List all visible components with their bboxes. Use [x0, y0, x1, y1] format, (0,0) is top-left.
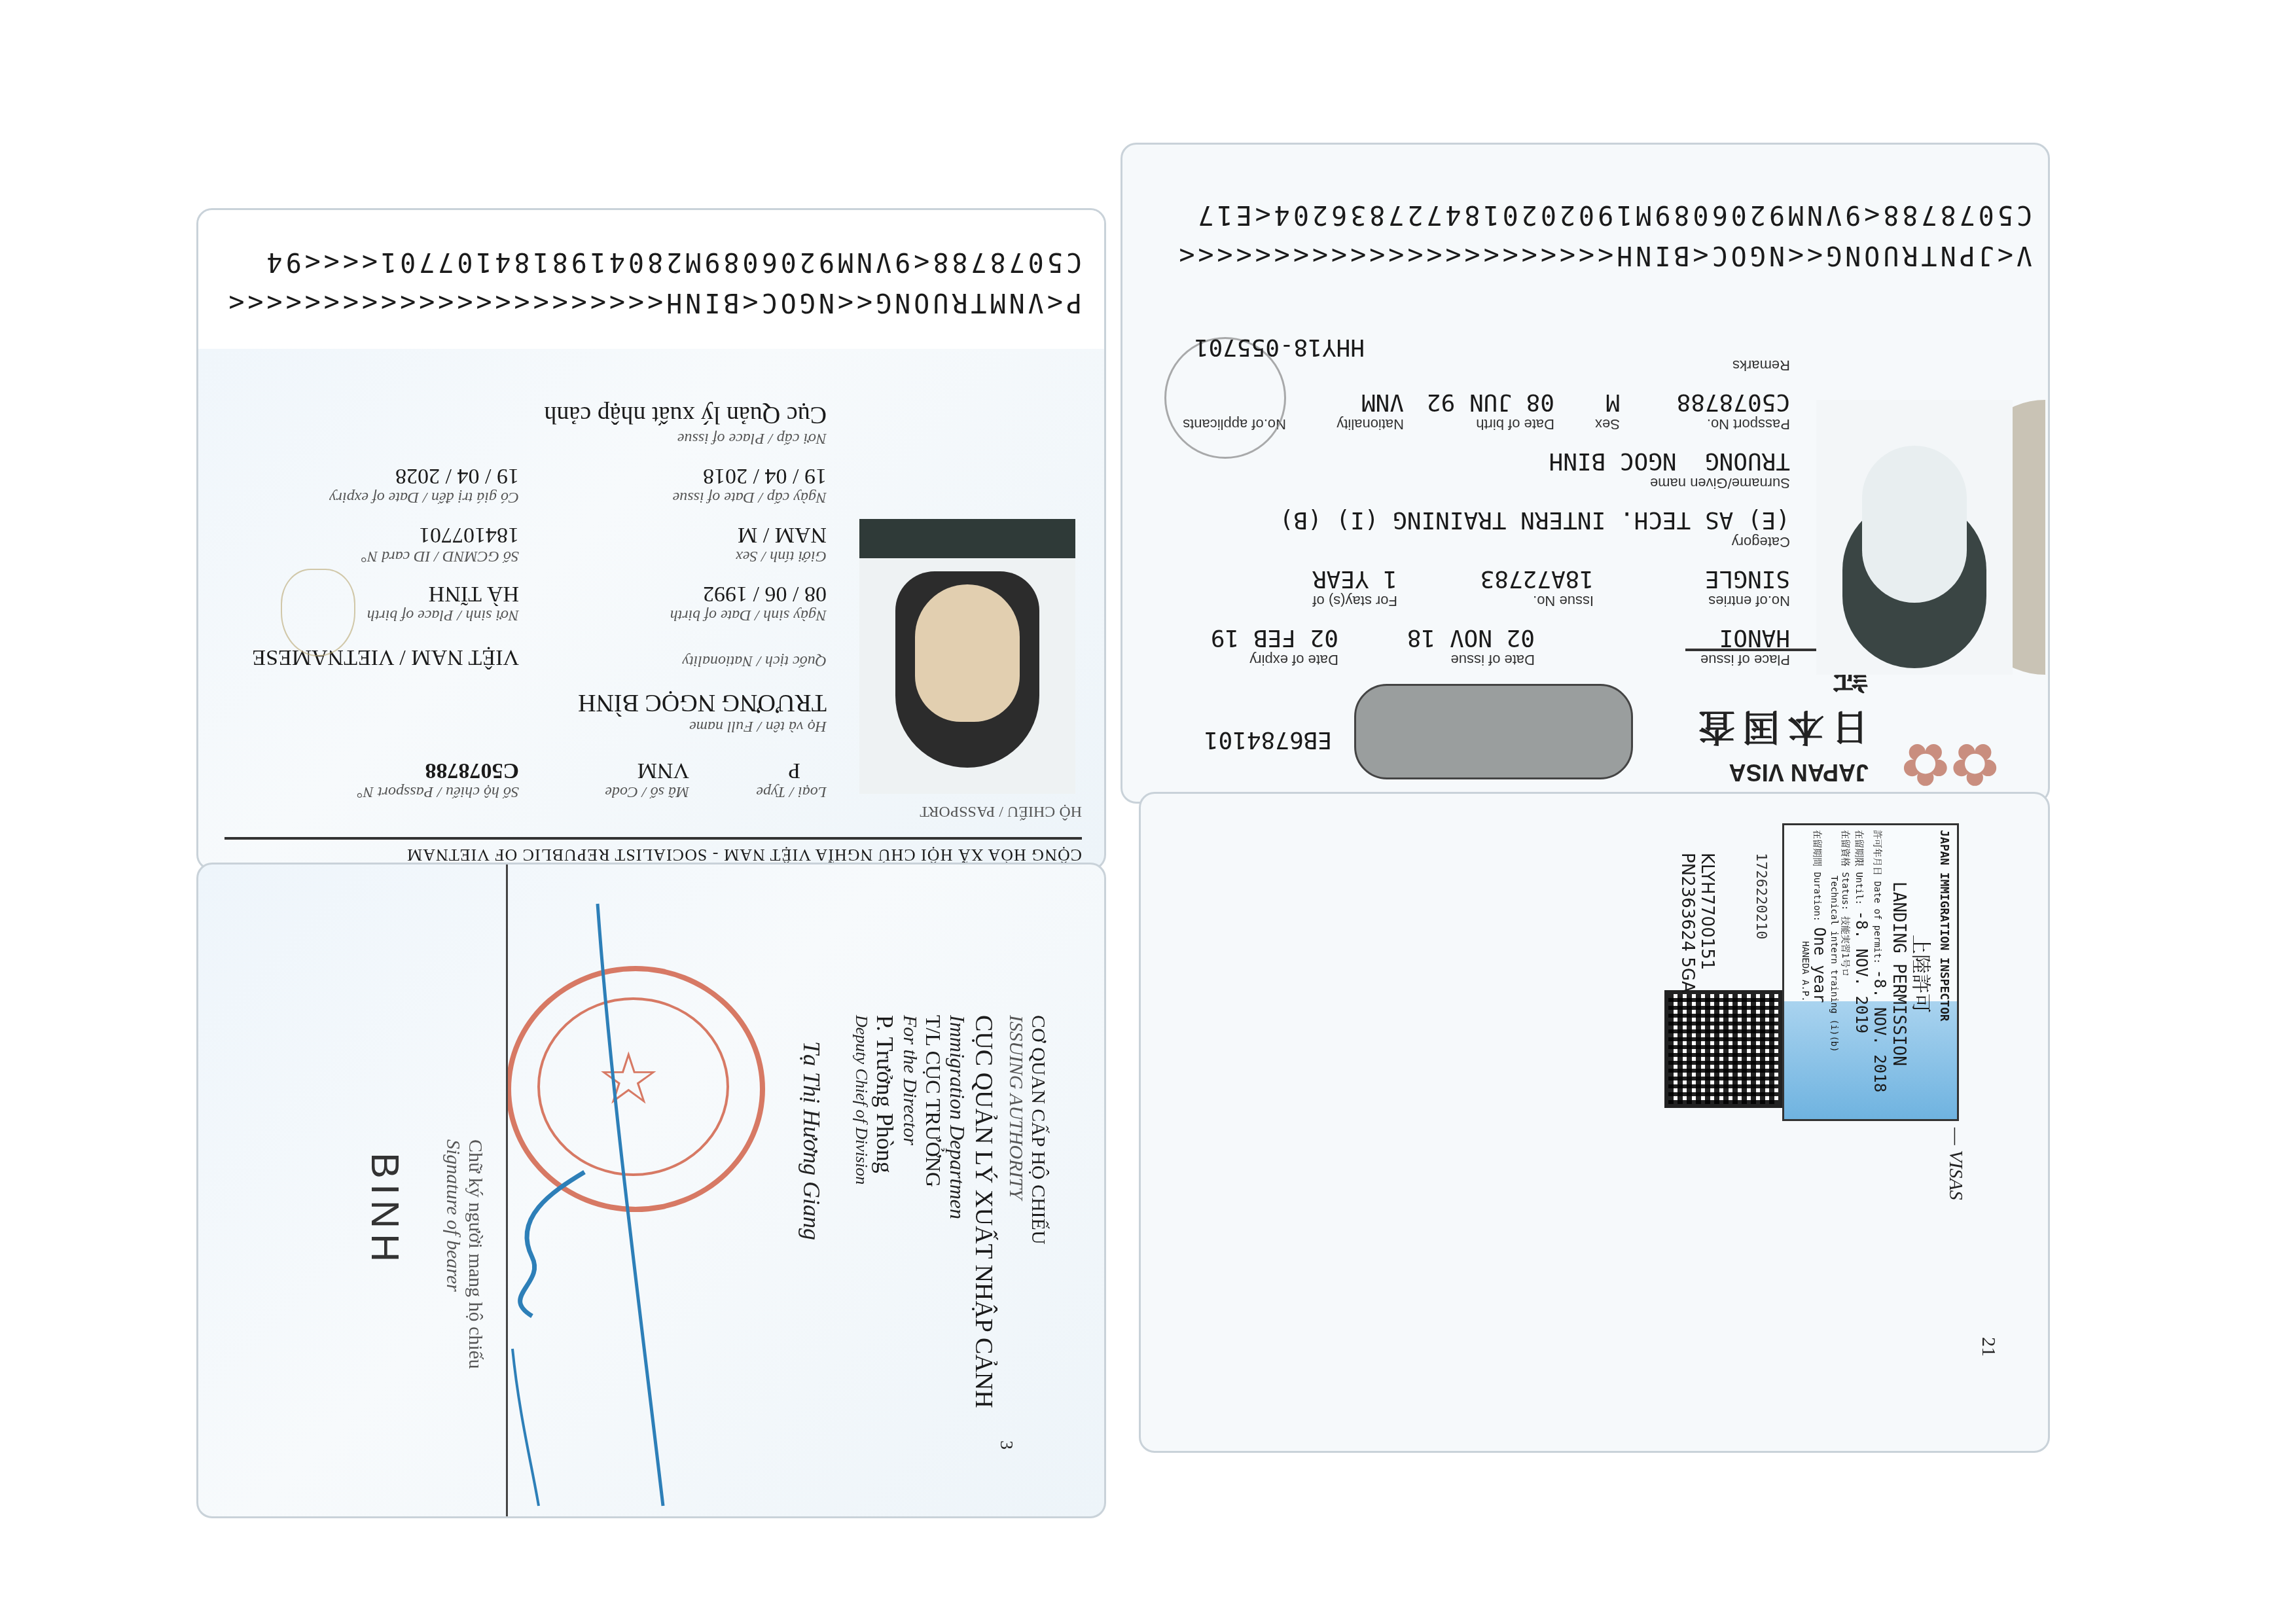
- visa-surname: TRUONG: [1705, 448, 1790, 474]
- stamp-code-1: 1726220210: [1753, 853, 1769, 939]
- stamp-title-jp: 上陸許可: [1909, 830, 1937, 1118]
- page-number-3: 3: [996, 1440, 1016, 1450]
- passport-number-label: Số hộ chiếu / Passport N°: [357, 783, 519, 800]
- visas-section-label: — VISAS: [1945, 1128, 1967, 1200]
- doc-title: HỘ CHIẾU / PASSPORT: [920, 802, 1082, 820]
- visa-nationality-value: VNM: [1336, 389, 1404, 416]
- visa-category-label: Category: [1280, 533, 1790, 550]
- mrz-line-1: P<VNMTRUONG<<NGOC<BINH<<<<<<<<<<<<<<<<<<…: [211, 282, 1082, 323]
- pob-label: Nơi sinh / Place of birth: [367, 606, 519, 624]
- stamp-duration-value: One year: [1810, 927, 1829, 1003]
- stamp-permit-label-jp: 許可年月日: [1872, 830, 1882, 876]
- sex-label: Giới tính / Sex: [736, 547, 827, 565]
- authority-page: CƠ QUAN CẤP HỘ CHIẾU ISSUING AUTHORITY C…: [196, 863, 1106, 1518]
- stamp-code-2: KLYH7700151: [1697, 853, 1717, 993]
- stamp-status-label: Status:: [1840, 872, 1850, 910]
- visa-title-en: JAPAN VISA: [1729, 758, 1869, 786]
- signature-stroke-icon: [473, 891, 748, 1512]
- for-director-vn: T/L CỤC TRƯỞNG: [921, 1015, 945, 1518]
- id-value: 184107701: [361, 522, 519, 547]
- visa-dob-value: 08 JUN 92: [1427, 389, 1554, 416]
- stamp-duration-label: Duration:: [1812, 872, 1822, 921]
- country-header-text: CỘNG HÒA XÃ HỘI CHỦ NGHĨA VIỆT NAM - SOC…: [406, 846, 1082, 865]
- landing-permission-stamp: JAPAN IMMIGRATION INSPECTOR 上陸許可 LANDING…: [1782, 823, 1959, 1121]
- stamp-airport: HANEDA A.P.: [1800, 830, 1810, 1118]
- passport-photo: [859, 519, 1075, 794]
- stamp-until-label: Until:: [1854, 872, 1864, 905]
- deputy-en: Deputy Chief of Division: [852, 1015, 871, 1518]
- stamp-duration-label-jp: 在留期間: [1812, 830, 1822, 866]
- stamp-code-3: PN2363624 5GA: [1677, 853, 1697, 993]
- mrz-line-2: C5078788<9VNM9206089M2804198184107701<<<…: [211, 241, 1082, 282]
- visa-number: EB6784101: [1204, 726, 1332, 753]
- visa-place-issue-label: Place of issue: [1700, 651, 1790, 668]
- visa-place-issue-value: HANOI: [1700, 624, 1790, 651]
- country-header: CỘNG HÒA XÃ HỘI CHỦ NGHĨA VIỆT NAM - SOC…: [224, 837, 1082, 865]
- nationality-value: VIỆT NAM / VIETNAMESE: [252, 645, 519, 669]
- stamp-permit-label: Date of permit:: [1872, 881, 1882, 963]
- photo-face-shape: [915, 584, 1020, 722]
- full-name-value: TRƯƠNG NGỌC BÌNH: [578, 688, 827, 717]
- stamp-status-value-jp: 技能実習1号ロ: [1840, 916, 1850, 977]
- code-value: VNM: [605, 758, 689, 783]
- dob-label: Ngày sinh / Date of birth: [670, 606, 827, 624]
- visa-given-name: NGOC BINH: [1549, 448, 1677, 474]
- bearer-signature-label-en: Signature of bearer: [442, 1139, 464, 1518]
- visa-entries-value: SINGLE: [1705, 565, 1790, 592]
- visa-mrz-line-2: C5078788<9VNM9206089M1902020184727836204…: [1136, 194, 2032, 235]
- deputy-vn: P. Trưởng Phòng: [871, 1015, 899, 1518]
- id-label: Số GCMND / ID card N°: [361, 547, 519, 565]
- visa-remarks-label: Remarks: [1732, 357, 1790, 374]
- bearer-signature: BINH: [363, 1152, 408, 1267]
- visa-stay-value: 1 YEAR: [1312, 565, 1397, 592]
- place-of-issue-label: Nơi cấp / Place of issue: [544, 429, 827, 447]
- dob-value: 08 / 06 / 1992: [670, 581, 827, 606]
- visa-name-label: Surname/Given name: [1549, 474, 1790, 491]
- visa-issue-no-label: Issue No.: [1480, 592, 1594, 609]
- expiry-date-label: Có giá trị đến / Date of expiry: [329, 488, 519, 506]
- visa-mrz-zone: V<JPNTRUONG<<NGOC<BINH<<<<<<<<<<<<<<<<<<…: [1122, 194, 2050, 289]
- visa-photo: [1816, 400, 2013, 675]
- sakura-icon: ✿✿: [1901, 734, 2000, 793]
- stamp-status-value: Technical intern training (i)(b): [1829, 830, 1839, 1118]
- for-director-en: For the Director: [899, 1015, 921, 1518]
- visa-mrz-line-1: V<JPNTRUONG<<NGOC<BINH<<<<<<<<<<<<<<<<<<…: [1136, 235, 2032, 276]
- visa-date-expiry-value: 02 FEB 19: [1211, 624, 1338, 651]
- issue-date-label: Ngày cấp / Date of issue: [673, 488, 827, 506]
- type-value: P: [756, 758, 800, 783]
- visa-passport-value: C5078788: [1677, 389, 1790, 416]
- visa-category-value: (E) AS TECH. INTERN TRAINING (I) (B): [1280, 507, 1790, 533]
- visa-date-issue-value: 02 NOV 18: [1407, 624, 1535, 651]
- photo-shoulders-shape: [859, 519, 1075, 558]
- visa-dob-label: Date of birth: [1427, 416, 1554, 433]
- visa-nationality-label: Nationality: [1336, 416, 1404, 433]
- visa-sex-label: Sex: [1595, 416, 1620, 433]
- stamp-title-en: LANDING PERMISSION: [1889, 830, 1909, 1118]
- visa-passport-label: Passport No.: [1677, 416, 1790, 433]
- stamp-status-label-jp: 在留資格: [1840, 830, 1850, 866]
- full-name-label: Họ và tên / Full name: [578, 717, 827, 735]
- expiry-date-value: 19 / 04 / 2028: [329, 463, 519, 488]
- guilloche-hologram-icon: [1354, 684, 1633, 779]
- stamp-date: -8. NOV. 2018: [1871, 969, 1889, 1092]
- passport-data-page: CỘNG HÒA XÃ HỘI CHỦ NGHĨA VIỆT NAM - SOC…: [196, 208, 1106, 870]
- pob-value: HÀ TĨNH: [367, 581, 519, 606]
- visa-remarks-value: HHY18-055701: [1194, 334, 1365, 361]
- type-label: Loại / Type: [756, 783, 827, 800]
- code-label: Mã số / Code: [605, 783, 689, 800]
- emblem-watermark-icon: [281, 569, 355, 656]
- visa-sex-value: M: [1595, 389, 1620, 416]
- signature-divider: [506, 865, 508, 1518]
- issue-date-value: 19 / 04 / 2018: [673, 463, 827, 488]
- place-of-issue-value: Cục Quản lý xuất nhập cảnh: [544, 401, 827, 429]
- visa-entries-label: No.of entries: [1705, 592, 1790, 609]
- stamp-header: JAPAN IMMIGRATION INSPECTOR: [1937, 830, 1951, 1118]
- visa-date-issue-label: Date of issue: [1407, 651, 1535, 668]
- department-vn: CỤC QUẢN LÝ XUẤT NHẬP CẢNH: [969, 1015, 998, 1518]
- department-en: Immigration Departmen: [945, 1015, 969, 1518]
- page-number-21: 21: [1977, 1337, 2000, 1357]
- visa-date-expiry-label: Date of expiry: [1211, 651, 1338, 668]
- visa-page: ✿✿ JAPAN VISA 日本国査証 EB6784101 Place of i…: [1121, 143, 2050, 804]
- mrz-zone: P<VNMTRUONG<<NGOC<BINH<<<<<<<<<<<<<<<<<<…: [198, 210, 1106, 349]
- bearer-signature-label-vn: Chữ ký người mang hộ chiếu: [464, 1139, 486, 1518]
- qr-code-icon: [1664, 990, 1782, 1108]
- nationality-label: Quốc tịch / Nationality: [682, 652, 827, 669]
- stamp-until-value: -8. NOV. 2019: [1852, 910, 1871, 1033]
- stamp-until-label-jp: 在留期限: [1854, 830, 1864, 866]
- visa-issue-no-value: 18A72783: [1480, 565, 1594, 592]
- sex-value: NAM / M: [736, 522, 827, 547]
- passport-number-value: C5078788: [357, 758, 519, 783]
- visas-page: JAPAN IMMIGRATION INSPECTOR 上陸許可 LANDING…: [1139, 792, 2050, 1453]
- visa-stay-label: For stay(s) of: [1312, 592, 1397, 609]
- signer-name: Tạ Thị Hương Giang: [798, 1041, 825, 1518]
- issuing-authority-vn: CƠ QUAN CẤP HỘ CHIẾU: [1027, 1015, 1049, 1518]
